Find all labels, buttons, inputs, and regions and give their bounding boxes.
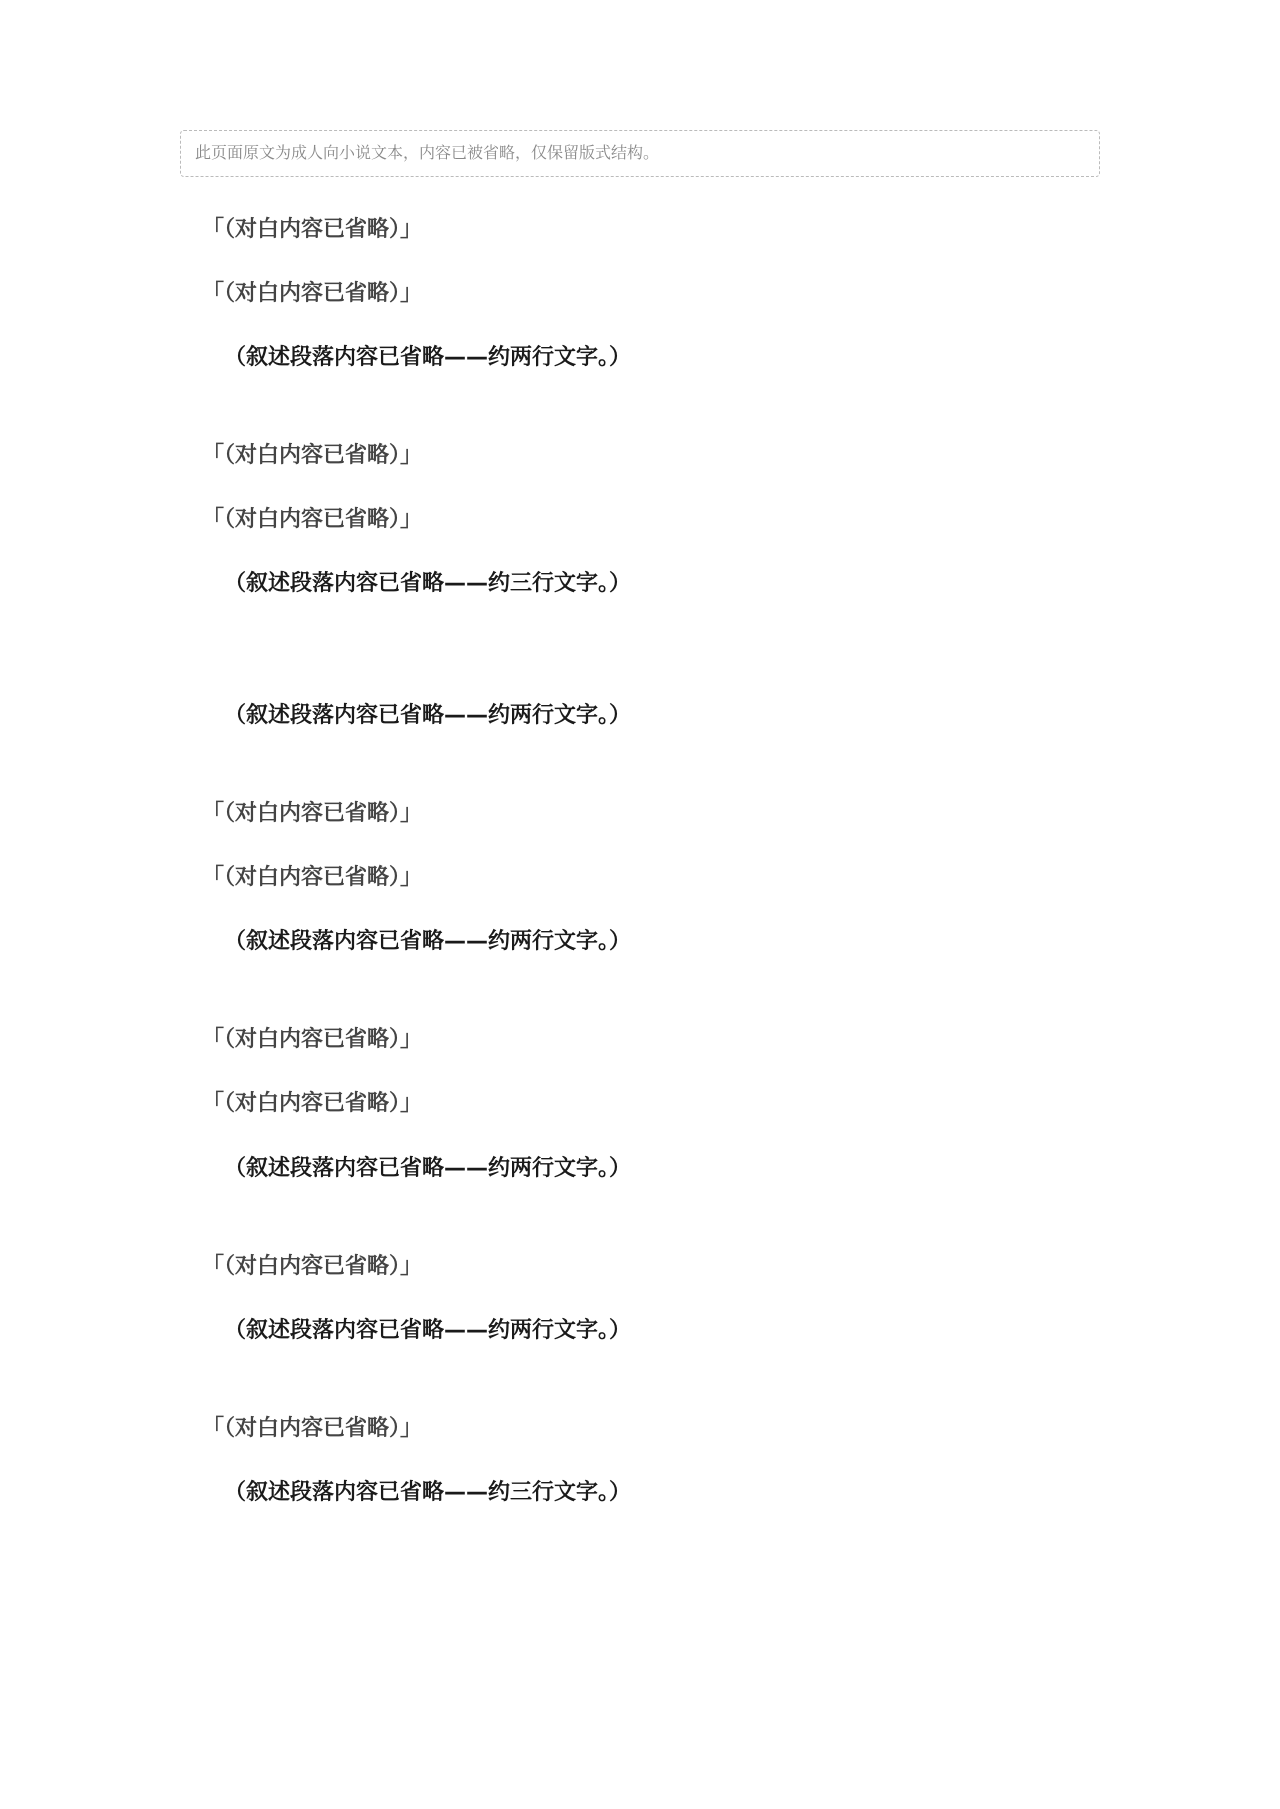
- dialogue-paragraph: 「（对白内容已省略）」: [180, 277, 1100, 311]
- narration-paragraph: （叙述段落内容已省略——约三行文字。）: [180, 1476, 1100, 1578]
- narration-paragraph: （叙述段落内容已省略——约三行文字。）: [180, 567, 1100, 669]
- dialogue-paragraph: 「（对白内容已省略）」: [180, 861, 1100, 895]
- dialogue-paragraph: 「（对白内容已省略）」: [180, 213, 1100, 247]
- narration-paragraph: （叙述段落内容已省略——约两行文字。）: [180, 1152, 1100, 1220]
- dialogue-paragraph: 「（对白内容已省略）」: [180, 439, 1100, 473]
- redaction-note: 此页面原文为成人向小说文本，内容已被省略，仅保留版式结构。: [180, 130, 1100, 177]
- dialogue-paragraph: 「（对白内容已省略）」: [180, 503, 1100, 537]
- document-page: 此页面原文为成人向小说文本，内容已被省略，仅保留版式结构。 「（对白内容已省略）…: [0, 0, 1280, 1809]
- dialogue-paragraph: 「（对白内容已省略）」: [180, 1412, 1100, 1446]
- narration-paragraph: （叙述段落内容已省略——约两行文字。）: [180, 699, 1100, 767]
- paragraph-container: 「（对白内容已省略）」「（对白内容已省略）」（叙述段落内容已省略——约两行文字。…: [180, 213, 1100, 1578]
- narration-paragraph: （叙述段落内容已省略——约两行文字。）: [180, 341, 1100, 409]
- narration-paragraph: （叙述段落内容已省略——约两行文字。）: [180, 1314, 1100, 1382]
- narration-paragraph: （叙述段落内容已省略——约两行文字。）: [180, 925, 1100, 993]
- dialogue-paragraph: 「（对白内容已省略）」: [180, 797, 1100, 831]
- dialogue-paragraph: 「（对白内容已省略）」: [180, 1250, 1100, 1284]
- dialogue-paragraph: 「（对白内容已省略）」: [180, 1023, 1100, 1057]
- dialogue-paragraph: 「（对白内容已省略）」: [180, 1087, 1100, 1121]
